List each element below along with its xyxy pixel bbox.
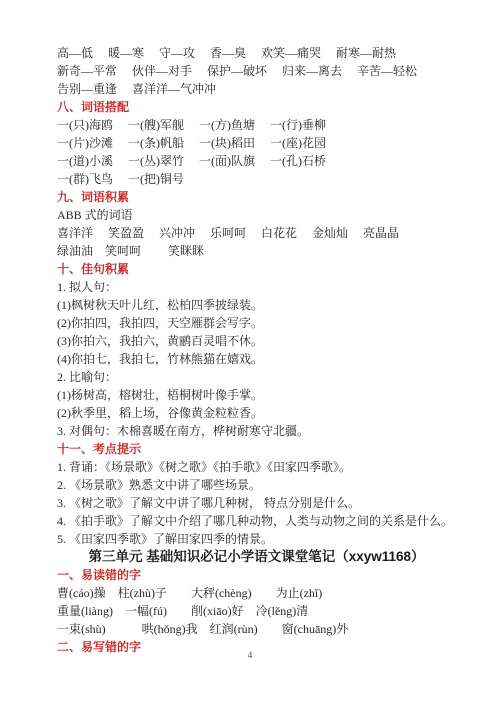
section-heading: 一、易读错的字 — [57, 566, 456, 584]
document-body: 高—低 暖—寒 守—攻 香—臭 欢笑—痛哭 耐寒—耐热新奇—平常 伙伴—对手 保… — [57, 44, 456, 656]
text-line: 4. 《拍手歌》了解文中介绍了哪几种动物，人类与动物之间的关系是什么。 — [57, 512, 456, 530]
text-line: 2. 比喻句： — [57, 368, 456, 386]
section-heading: 十、佳句积累 — [57, 260, 456, 278]
section-heading: 十一、考点提示 — [57, 440, 456, 458]
text-line: 一(群)飞鸟 一(把)铜号 — [57, 170, 456, 188]
text-line: 高—低 暖—寒 守—攻 香—臭 欢笑—痛哭 耐寒—耐热 — [57, 44, 456, 62]
text-line: 新奇—平常 伙伴—对手 保护—破坏 归来—离去 辛苦—轻松 — [57, 62, 456, 80]
text-line: (2)秋季里，稻上场，谷像黄金粒粒香。 — [57, 404, 456, 422]
page-number: 4 — [0, 650, 500, 660]
text-line: (4)你拍七，我拍七，竹林熊猫在嬉戏。 — [57, 350, 456, 368]
text-line: 2. 《场景歌》熟悉文中讲了哪些场景。 — [57, 476, 456, 494]
section-heading: 九、词语积累 — [57, 188, 456, 206]
section-heading: 八、词语搭配 — [57, 98, 456, 116]
text-line: 3. 对偶句：木棉喜暖在南方，桦树耐寒守北疆。 — [57, 422, 456, 440]
text-line: 喜洋洋 笑盈盈 兴冲冲 乐呵呵 白花花 金灿灿 亮晶晶 — [57, 224, 456, 242]
text-line: 告别—重逢 喜洋洋—气冲冲 — [57, 80, 456, 98]
text-line: (3)你拍六，我拍六，黄鹂百灵唱不休。 — [57, 332, 456, 350]
text-line: (1)枫树秋天叶儿红，松柏四季披绿装。 — [57, 296, 456, 314]
text-line: (1)杨树高，榕树壮，梧桐树叶像手掌。 — [57, 386, 456, 404]
unit-title: 第三单元 基础知识必记小学语文课堂笔记（xxyw1168） — [57, 548, 456, 566]
text-line: 一(道)小溪 一(丛)翠竹 一(面)队旗 一(孔)石桥 — [57, 152, 456, 170]
text-line: 一(只)海鸥 一(艘)军舰 一(方)鱼塘 一(行)垂柳 — [57, 116, 456, 134]
text-line: 一束(shù) 哄(hǒng)我 红润(rùn) 窗(chuāng)外 — [57, 620, 456, 638]
text-line: (2)你拍四，我拍四，天空雁群会写字。 — [57, 314, 456, 332]
text-line: 绿油油 笑呵呵 笑眯眯 — [57, 242, 456, 260]
text-line: 1. 背诵：《场景歌》《树之歌》《拍手歌》《田家四季歌》。 — [57, 458, 456, 476]
document-page: 高—低 暖—寒 守—攻 香—臭 欢笑—痛哭 耐寒—耐热新奇—平常 伙伴—对手 保… — [0, 0, 500, 707]
text-line: ABB 式的词语 — [57, 206, 456, 224]
text-line: 重量(liàng) 一幅(fú) 削(xiāo)好 冷(lěng)清 — [57, 602, 456, 620]
text-line: 曹(cáo)操 柱(zhù)子 大秤(chèng) 为止(zhǐ) — [57, 584, 456, 602]
text-line: 3. 《树之歌》了解文中讲了哪几种树， 特点分别是什么。 — [57, 494, 456, 512]
text-line: 5. 《田家四季歌》了解田家四季的情景。 — [57, 530, 456, 548]
text-line: 1. 拟人句： — [57, 278, 456, 296]
text-line: 一(片)沙滩 一(条)帆船 一(块)稻田 一(座)花园 — [57, 134, 456, 152]
